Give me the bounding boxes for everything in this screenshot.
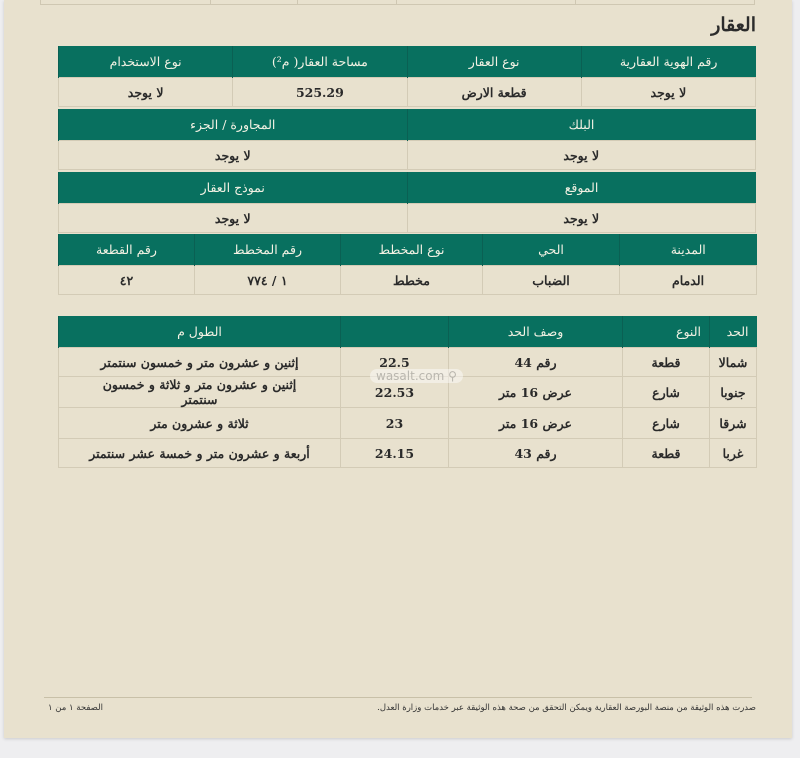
block-table: البلك المجاورة / الجزء لا يوجد لا يوجد — [58, 109, 756, 170]
block-value: لا يوجد — [407, 141, 756, 170]
property-type: قطعة الارض — [407, 78, 581, 107]
header-property-id: رقم الهوية العقارية — [581, 46, 755, 78]
city: الدمام — [620, 266, 757, 295]
header-plan-type: نوع المخطط — [341, 234, 483, 266]
length-text: إثنين و عشرون متر و خمسون سنتمتر — [59, 348, 341, 377]
header-property-model: نموذج العقار — [59, 172, 408, 204]
header-property-type: نوع العقار — [407, 46, 581, 78]
type: قطعة — [623, 348, 710, 377]
table-row: شرقا شارع عرض 16 متر 23 ثلاثة و عشرون مت… — [59, 408, 757, 439]
side: شمالا — [710, 348, 757, 377]
plan-number: ١ / ٧٧٤ — [195, 266, 341, 295]
side: جنوبا — [710, 377, 757, 408]
header-city: المدينة — [620, 234, 757, 266]
description: عرض 16 متر — [449, 377, 623, 408]
header-plan-number: رقم المخطط — [195, 234, 341, 266]
type: شارع — [623, 377, 710, 408]
length: 24.15 — [341, 439, 449, 468]
description: عرض 16 متر — [449, 408, 623, 439]
type: قطعة — [623, 439, 710, 468]
page-number: الصفحة ١ من ١ — [48, 703, 103, 713]
usage-type: لا يوجد — [59, 78, 233, 107]
district: الضباب — [483, 266, 620, 295]
header-block: البلك — [407, 109, 756, 141]
header-length-spacer — [341, 316, 449, 348]
description: رقم 43 — [449, 439, 623, 468]
header-property-area: مساحة العقار( م²) — [233, 46, 407, 78]
plot-number: ٤٢ — [59, 266, 195, 295]
footer-notice: صدرت هذه الوثيقة من منصة البورصة العقاري… — [377, 703, 756, 713]
description: رقم 44 — [449, 348, 623, 377]
header-length: الطول م — [59, 316, 341, 348]
plan-table: المدينة الحي نوع المخطط رقم المخطط رقم ا… — [58, 234, 757, 295]
property-id: لا يوجد — [581, 78, 755, 107]
table-row: غربا قطعة رقم 43 24.15 أربعة و عشرون متر… — [59, 439, 757, 468]
location-table: الموقع نموذج العقار لا يوجد لا يوجد — [58, 172, 756, 233]
header-neighborhood-part: المجاورة / الجزء — [59, 109, 408, 141]
neighborhood-part-value: لا يوجد — [59, 141, 408, 170]
type: شارع — [623, 408, 710, 439]
header-plot-number: رقم القطعة — [59, 234, 195, 266]
side: غربا — [710, 439, 757, 468]
property-model-value: لا يوجد — [59, 204, 408, 233]
length: 23 — [341, 408, 449, 439]
length-text: إثنين و عشرون متر و ثلاثة و خمسون سنتمتر — [59, 377, 341, 408]
header-district: الحي — [483, 234, 620, 266]
length-text: ثلاثة و عشرون متر — [59, 408, 341, 439]
header-side: الحد — [710, 316, 757, 348]
length-text: أربعة و عشرون متر و خمسة عشر سنتمتر — [59, 439, 341, 468]
footer-divider — [44, 697, 752, 698]
watermark: wasalt.com ⚲ — [370, 369, 463, 383]
property-area: 525.29 — [233, 78, 407, 107]
location-value: لا يوجد — [407, 204, 756, 233]
property-table: رقم الهوية العقارية نوع العقار مساحة الع… — [58, 46, 756, 107]
section-title: العقار — [711, 14, 756, 36]
watermark-text: wasalt.com — [376, 369, 444, 383]
header-description: وصف الحد — [449, 316, 623, 348]
side: شرقا — [710, 408, 757, 439]
previous-table-fragment — [40, 0, 755, 5]
boundaries-table: الحد النوع وصف الحد الطول م شمالا قطعة ر… — [58, 316, 757, 468]
header-type: النوع — [623, 316, 710, 348]
header-usage-type: نوع الاستخدام — [59, 46, 233, 78]
document-page: العقار رقم الهوية العقارية نوع العقار مس… — [4, 0, 792, 738]
plan-type: مخطط — [341, 266, 483, 295]
header-location: الموقع — [407, 172, 756, 204]
location-pin-icon: ⚲ — [448, 369, 457, 383]
